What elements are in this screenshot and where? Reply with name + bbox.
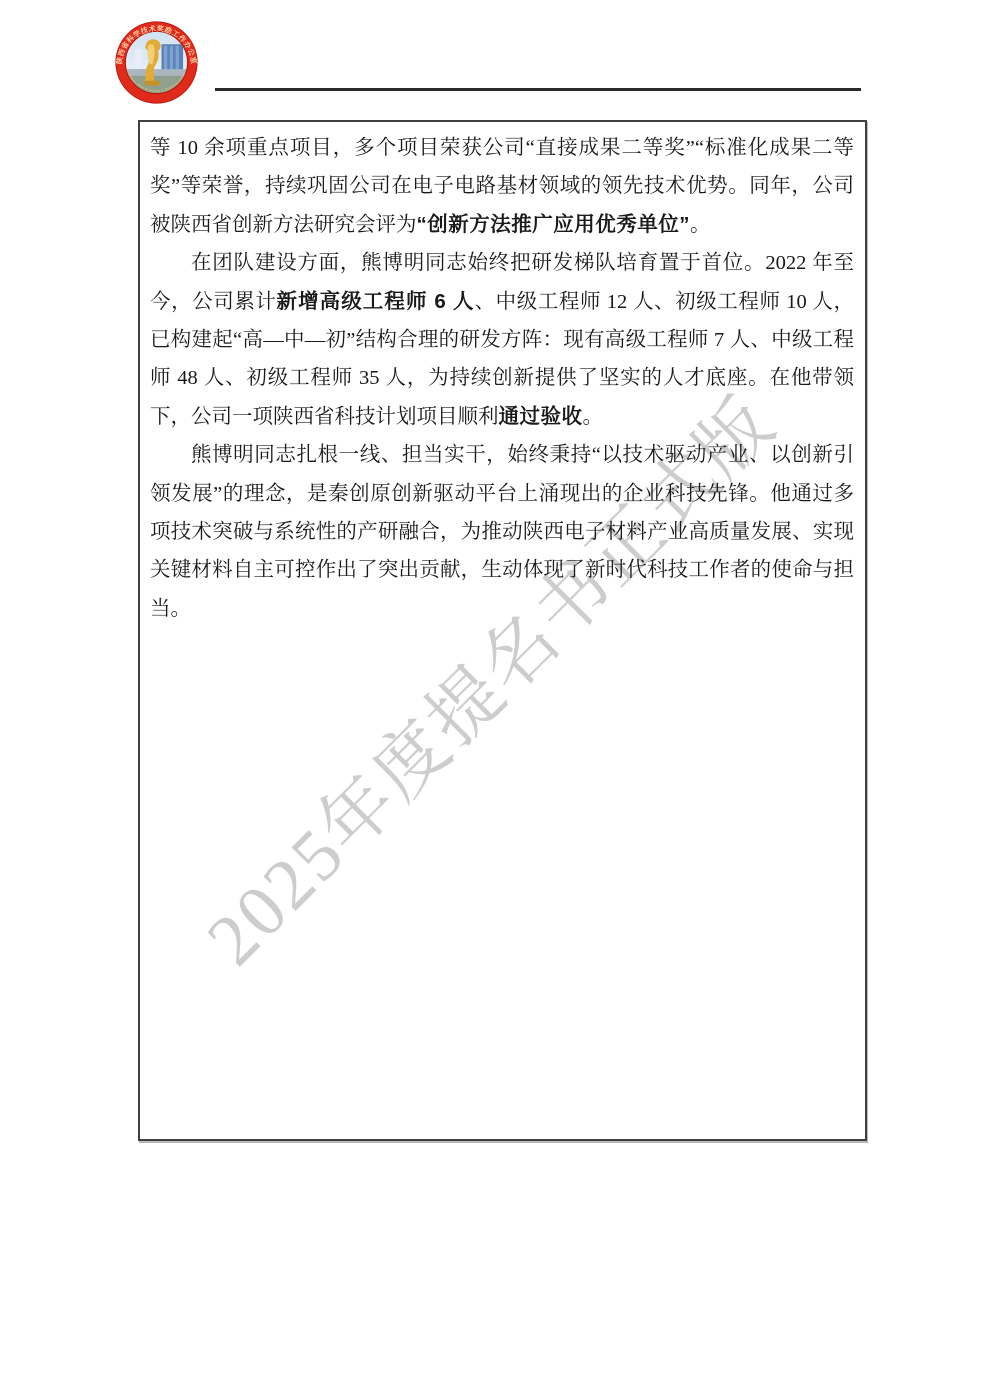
document-content-box: 等 10 余项重点项目，多个项目荣获公司“直接成果二等奖”“标准化成果二等奖”等… <box>138 120 867 1141</box>
bold-text-run: 新增高级工程师 6 人 <box>276 290 474 313</box>
paragraph: 等 10 余项重点项目，多个项目荣获公司“直接成果二等奖”“标准化成果二等奖”等… <box>150 129 854 244</box>
bold-text-run: “创新方法推广应用优秀单位” <box>417 213 691 236</box>
seal-logo-graphic: 陕西省科学技术奖励工作办公室 Shaanxi Office Of Science… <box>115 21 198 104</box>
page: { "header": { "logo": { "top_arc_text": … <box>0 0 990 1399</box>
paragraph: 在团队建设方面，熊博明同志始终把研发梯队培育置于首位。2022 年至今，公司累计… <box>150 244 854 436</box>
header-rule <box>215 88 861 91</box>
paragraph: 熊博明同志扎根一线、担当实干，始终秉持“以技术驱动产业、以创新引领发展”的理念，… <box>150 436 854 628</box>
text-run: 。 <box>690 214 711 236</box>
organization-seal-logo: 陕西省科学技术奖励工作办公室 Shaanxi Office Of Science… <box>115 21 198 104</box>
bold-text-run: 通过验收 <box>499 405 583 428</box>
text-run: 。 <box>583 406 604 428</box>
tower-shape <box>135 49 142 71</box>
text-run: 熊博明同志扎根一线、担当实干，始终秉持“以技术驱动产业、以创新引领发展”的理念，… <box>150 444 854 620</box>
